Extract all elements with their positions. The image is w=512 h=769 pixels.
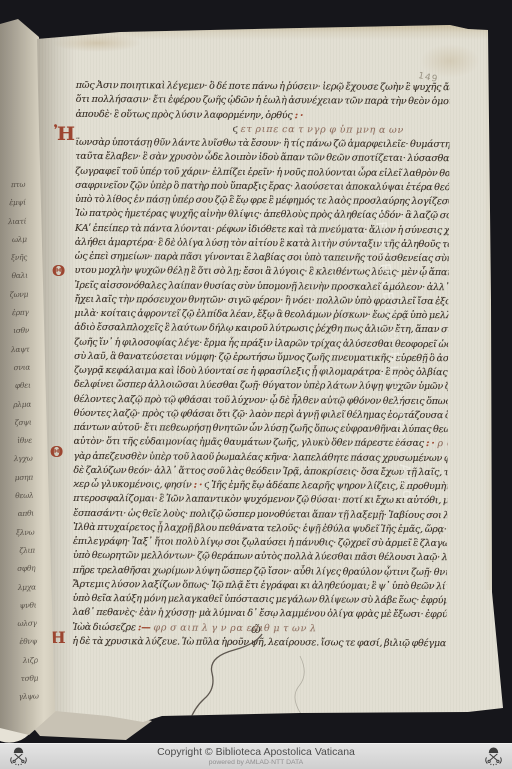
facing-page-text-line: λγχω — [0, 450, 32, 469]
footer-bar: Copyright © Biblioteca Apostolica Vatica… — [0, 743, 512, 769]
facing-page-text-line: ζωνμ — [0, 285, 28, 304]
manuscript-viewer-image: πτωἐμψίλιατίωλμξνῆςθαλιζωνμἐρπγισθνλαψτσ… — [0, 0, 512, 769]
pen-flourish — [0, 0, 512, 769]
facing-page-text-line: ωλμ — [0, 231, 27, 250]
facing-page-text-line: λιατί — [0, 212, 26, 231]
facing-page-text-line: ξνῆς — [0, 249, 27, 268]
facing-page-text-line: ζσψι — [0, 413, 32, 432]
facing-page-text-line: ἰθνε — [0, 432, 32, 451]
facing-page-text-line: ἐμψί — [0, 194, 26, 213]
facing-page-text-line: θεωλ — [1, 487, 33, 506]
facing-page-text-line: γλψω — [6, 688, 38, 707]
manuscript-page: 149 πῶς Ἀσιν ποιητικαὶ λέγεμεν· ὃ δέ ποτ… — [0, 0, 512, 769]
facing-page-text-line: ἐρπγ — [0, 304, 29, 323]
vatican-emblem-icon — [483, 746, 504, 767]
facing-page-text-line: τσθμ — [6, 670, 38, 689]
facing-page-text-line: λιζρ — [6, 651, 38, 670]
facing-page-text-line: ζλιπ — [3, 542, 35, 561]
facing-page-text-line: ρλμα — [0, 395, 31, 414]
facing-page-text-line: ἐθνψ — [5, 633, 37, 652]
copyright-text: Copyright © Biblioteca Apostolica Vatica… — [0, 746, 512, 758]
facing-page-text-line: λμχα — [4, 578, 36, 597]
powered-by-text: powered by AMLAD·NTT DATA — [0, 759, 512, 766]
facing-page-text-line: μσηπ — [1, 468, 33, 487]
facing-page-text-line: φθει — [0, 377, 31, 396]
facing-page-text: πτωἐμψίλιατίωλμξνῆςθαλιζωνμἐρπγισθνλαψτσ… — [0, 176, 41, 707]
facing-page-text-line: λαψτ — [0, 340, 30, 359]
facing-page-text-line: ισθν — [0, 322, 29, 341]
facing-page-text-line: πτω — [0, 176, 26, 195]
facing-page-text-line: ξλνω — [2, 523, 34, 542]
facing-page-text-line: απθι — [2, 505, 34, 524]
facing-page-text-line: ωλσγ — [5, 615, 37, 634]
facing-page-text-line: θαλι — [0, 267, 28, 286]
facing-page-text-line: σνια — [0, 359, 30, 378]
facing-page-text-line: σφθη — [3, 560, 35, 579]
facing-page-text-line: ψνθι — [4, 596, 36, 615]
